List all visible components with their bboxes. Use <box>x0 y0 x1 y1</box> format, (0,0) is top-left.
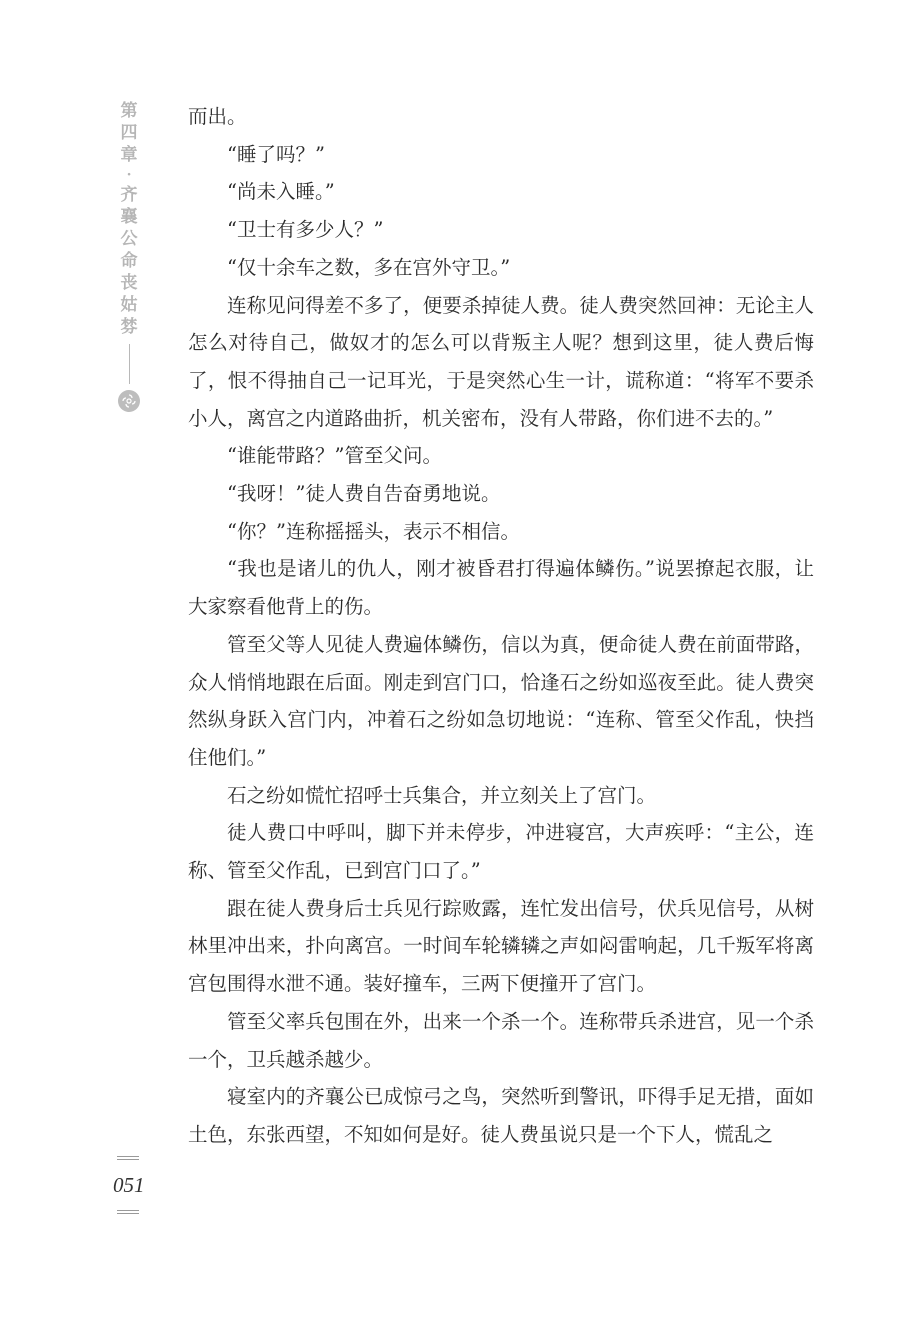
chapter-title-separator: · <box>127 166 132 184</box>
paragraph: 管至父等人见徒人费遍体鳞伤，信以为真，便命徒人费在前面带路，众人悄悄地跟在后面。… <box>188 626 814 777</box>
chapter-title-char: 丧 <box>121 272 138 294</box>
chapter-title-char: 第 <box>121 100 138 122</box>
paragraph: “我也是诸儿的仇人，刚才被昏君打得遍体鳞伤。”说罢撩起衣服，让大家察看他背上的伤… <box>188 550 814 625</box>
chapter-title-char: 章 <box>121 144 138 166</box>
paragraph: 跟在徒人费身后士兵见行踪败露，连忙发出信号，伏兵见信号，从树林里冲出来，扑向离宫… <box>188 890 814 1003</box>
paragraph: 连称见问得差不多了，便要杀掉徒人费。徒人费突然回神：无论主人怎么对待自己，做奴才… <box>188 287 814 438</box>
paragraph: 徒人费口中呼叫，脚下并未停步，冲进寝宫，大声疾呼：“主公，连称、管至父作乱，已到… <box>188 814 814 889</box>
paragraph: “谁能带路？”管至父问。 <box>188 437 814 475</box>
chapter-title-char: 命 <box>121 250 138 272</box>
body-text: 而出。 “睡了吗？” “尚未入睡。” “卫士有多少人？” “仅十余车之数，多在宫… <box>188 98 814 1154</box>
paragraph: “仅十余车之数，多在宫外守卫。” <box>188 249 814 287</box>
folio-rule-top <box>117 1156 139 1160</box>
paragraph: 石之纷如慌忙招呼士兵集合，并立刻关上了宫门。 <box>188 777 814 815</box>
ornament-medallion-icon <box>118 390 140 412</box>
paragraph: “卫士有多少人？” <box>188 211 814 249</box>
paragraph: “我呀！”徒人费自告奋勇地说。 <box>188 475 814 513</box>
chapter-title-char: 齐 <box>121 184 138 206</box>
vertical-divider <box>129 344 130 384</box>
chapter-title-char: 襄 <box>121 206 138 228</box>
chapter-title-char: 姑 <box>121 294 138 316</box>
page-folio: 051 <box>113 1156 143 1214</box>
paragraph: 寝室内的齐襄公已成惊弓之鸟，突然听到警讯，吓得手足无措，面如土色，东张西望，不知… <box>188 1078 814 1153</box>
paragraph: “尚未入睡。” <box>188 173 814 211</box>
chapter-title-char: 公 <box>121 228 138 250</box>
chapter-title-char: 四 <box>121 122 138 144</box>
chapter-title-char: 棼 <box>121 316 138 338</box>
chapter-running-title: 第 四 章 · 齐 襄 公 命 丧 姑 棼 <box>117 100 141 412</box>
paragraph: “你？”连称摇摇头，表示不相信。 <box>188 513 814 551</box>
paragraph: 而出。 <box>188 98 814 136</box>
folio-rule-bottom <box>117 1210 139 1214</box>
paragraph: 管至父率兵包围在外，出来一个杀一个。连称带兵杀进宫，见一个杀一个，卫兵越杀越少。 <box>188 1003 814 1078</box>
paragraph: “睡了吗？” <box>188 136 814 174</box>
page-number: 051 <box>113 1174 143 1196</box>
